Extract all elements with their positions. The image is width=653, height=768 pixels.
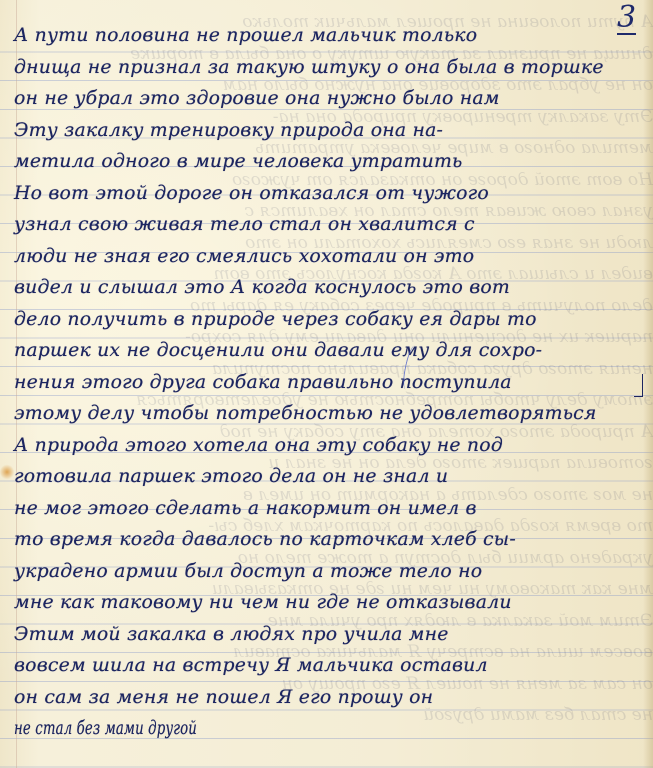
text-line: не мог этого сделать а накормит он имел … <box>14 493 639 525</box>
rust-stain <box>0 464 14 480</box>
text-line: он сам за меня не пошел Я его прошу он <box>14 682 639 714</box>
text-line: дело получить в природе через собаку ея … <box>14 304 639 336</box>
text-line: паршек их не досценили они давали ему дл… <box>14 335 639 367</box>
text-line: метила одного в мире человека утратить <box>14 146 639 178</box>
text-line: Этим мой закалка в людях про учила мне <box>14 619 639 651</box>
text-line: не стал без мами другой <box>14 713 455 745</box>
bracket-mark <box>634 374 643 397</box>
text-line: А природа этого хотела она эту собаку не… <box>14 430 639 462</box>
text-line: готовила паршек этого дела он не знал и <box>14 461 639 493</box>
text-line: видел и слышал это А когда коснулось это… <box>14 272 639 304</box>
text-line: А пути половина не прошел мальчик только <box>14 20 639 52</box>
text-line: этому делу чтобы потребностью не удовлет… <box>14 398 639 430</box>
text-line: днища не признал за такую штуку о она бы… <box>14 52 639 84</box>
text-line: Но вот этой дороге он отказался от чужог… <box>14 178 639 210</box>
text-line: нения этого друга собака правильно посту… <box>14 367 639 399</box>
text-line: Эту закалку тренировку природа она на- <box>14 115 639 147</box>
handwritten-text: А пути половина не прошел мальчик только… <box>14 20 644 745</box>
text-line: украдено армии был доступ а тоже тело но <box>14 556 639 588</box>
text-line: мне как таковому ни чем ни где не отказы… <box>14 587 639 619</box>
text-line: вовсем шила на встречу Я мальчика остави… <box>14 650 639 682</box>
text-line: то время когда давалось по карточкам хле… <box>14 524 639 556</box>
text-line: узнал свою живая тело стал он хвалится с <box>14 209 639 241</box>
text-line: люди не зная его смеялись хохотали он эт… <box>14 241 639 273</box>
notebook-page: А пути половина не прошел мальчик только… <box>0 0 653 768</box>
text-line: он не убрал это здоровие она нужно было … <box>14 83 639 115</box>
page-edge-shadow <box>643 0 653 768</box>
